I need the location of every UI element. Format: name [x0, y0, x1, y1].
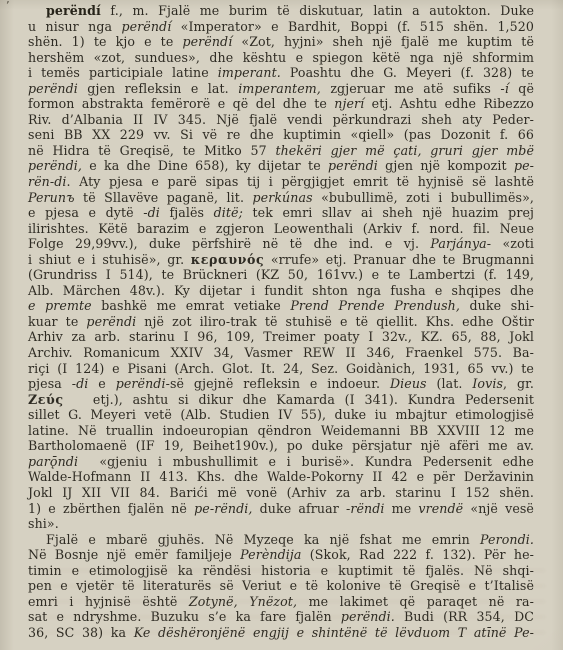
text-line: Perunъ të Sllavëve paganë, lit. perkúnas… — [28, 190, 534, 206]
text-line: Walde-Hofmann II 413. Khs. dhe Walde-Pok… — [28, 469, 534, 485]
text-line: Në Bosnje një emër familjeje Perèndija (… — [28, 547, 534, 563]
text-line: e pjesa e dytë -di fjalës ditë; tek emri… — [28, 205, 534, 221]
text-line: Arhiv za arb. starinu I 96, 109, Treimer… — [28, 329, 534, 345]
text-line: 1) e zbërthen fjalën në pe-rëndi, duke a… — [28, 501, 534, 517]
text-line: latine. Në truallin indoeuropian qëndron… — [28, 423, 534, 439]
text-line: sillet G. Meyeri vetë (Alb. Studien IV 5… — [28, 407, 534, 423]
text-line: parǭndi «gjeniu i mbushullimit e i buris… — [28, 454, 534, 470]
text-line: formon abstrakta femërorë e që del dhe t… — [28, 96, 534, 112]
text-line: e premte bashkë me emrat vetiake Prend P… — [28, 298, 534, 314]
text-line: emri i hyjnisë është Zotynë, Ynëzot, me … — [28, 594, 534, 610]
text-line: ilirishtes. Këtë barazim e zgjeron Leowe… — [28, 221, 534, 237]
text-line: 36, SC 38) ka Ke dëshëronjënë engjij e s… — [28, 625, 534, 641]
text-line: Bartholomaenë (IF 19, Beihet190v.), po d… — [28, 438, 534, 454]
text-line: perëndí f., m. Fjalë me burim të diskutu… — [28, 3, 534, 19]
text-line: riçi (I 124) e Pisani (Arch. Glot. It. 2… — [28, 361, 534, 377]
text-line: Ζεύς etj.), ashtu si dikur dhe Kamarda (… — [28, 392, 534, 408]
text-line: pjesa -di e perëndi-së gjejnë refleksin … — [28, 376, 534, 392]
text-line: shi». — [28, 516, 534, 532]
text-line: (Grundriss I 514), te Brückneri (KZ 50, … — [28, 267, 534, 283]
text-line: Jokl IJ XII VII 84. Barići më vonë (Arhi… — [28, 485, 534, 501]
text-line: sat e ndryshme. Buzuku s’e ka fare fjalë… — [28, 609, 534, 625]
text-line: seni BB XX 229 vv. Si vë re dhe kuptimin… — [28, 127, 534, 143]
text-line: i temës participiale latine imperant. Po… — [28, 65, 534, 81]
text-line: timin e etimologjisë ka rëndësi historia… — [28, 563, 534, 579]
text-line: pen e vjetër të literaturës së Veriut e … — [28, 578, 534, 594]
page-text: perëndí f., m. Fjalë me burim të diskutu… — [28, 3, 534, 640]
text-line: Folge 29,99vv.), duke përfshirë në të dh… — [28, 236, 534, 252]
text-line: perëndi gjen refleksin e lat. imperantem… — [28, 81, 534, 97]
text-line: perëndi, e ka dhe Dine 658), ky dijetar … — [28, 158, 534, 174]
scanned-page: ’ perëndí f., m. Fjalë me burim të disku… — [0, 0, 563, 650]
text-line: Riv. d’Albania II IV 345. Një fjalë vend… — [28, 112, 534, 128]
text-line: u nisur nga perëndí «Imperator» e Bardhi… — [28, 19, 534, 35]
text-line: i shiut e i stuhisë», gr. κεραυνός «rruf… — [28, 252, 534, 268]
text-line: Archiv. Romanicum XXIV 34, Vasmer REW II… — [28, 345, 534, 361]
text-line: në Hidra të Greqisë, te Mitko 57 thekëri… — [28, 143, 534, 159]
text-line: Alb. Märchen 48v.). Ky dijetar i fundit … — [28, 283, 534, 299]
text-line: hershëm «zot, sundues», dhe kështu e spi… — [28, 50, 534, 66]
text-line: rën-di. Aty pjesa e parë sipas tij i për… — [28, 174, 534, 190]
text-line: kuar te perëndi një zot iliro-trak të st… — [28, 314, 534, 330]
scan-corner-mark: ’ — [6, 0, 10, 12]
text-line: shën. 1) te kjo e te perëndí «Zot, hyjni… — [28, 34, 534, 50]
text-line: Fjalë e mbarë gjuhës. Në Myzeqe ka një f… — [28, 532, 534, 548]
